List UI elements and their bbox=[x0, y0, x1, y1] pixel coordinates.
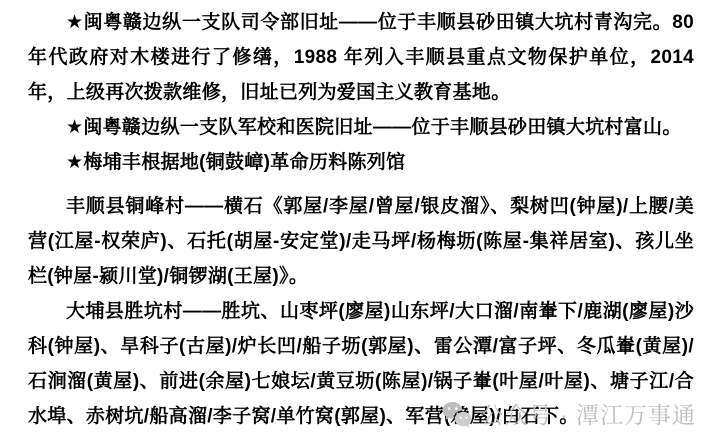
paragraph-site-school-hospital: ★闽粤赣边纵一支队军校和医院旧址——位于丰顺县砂田镇大坑村富山。 bbox=[28, 110, 694, 145]
paragraph-tongfeng-village: 丰顺县铜峰村——横石《郭屋/李屋/曾屋/银皮溜》、梨树凹(钟屋)/上腰/美营(江… bbox=[28, 189, 694, 294]
paragraph-site-museum: ★梅埔丰根据地(铜鼓嶂)革命历料陈列馆 bbox=[28, 145, 694, 180]
paragraph-site-headquarters: ★闽粤赣边纵一支队司令部旧址——位于丰顺县砂田镇大坑村青沟完。80 年代政府对木… bbox=[28, 5, 694, 110]
article-body: ★闽粤赣边纵一支队司令部旧址——位于丰顺县砂田镇大坑村青沟完。80 年代政府对木… bbox=[0, 0, 720, 434]
watermark: 公众号 · 潭江万事通 bbox=[441, 397, 696, 430]
wechat-icon bbox=[441, 400, 473, 428]
document-page: ★闽粤赣边纵一支队司令部旧址——位于丰顺县砂田镇大坑村青沟完。80 年代政府对木… bbox=[0, 0, 720, 438]
watermark-label: 公众号 · 潭江万事通 bbox=[481, 397, 696, 430]
